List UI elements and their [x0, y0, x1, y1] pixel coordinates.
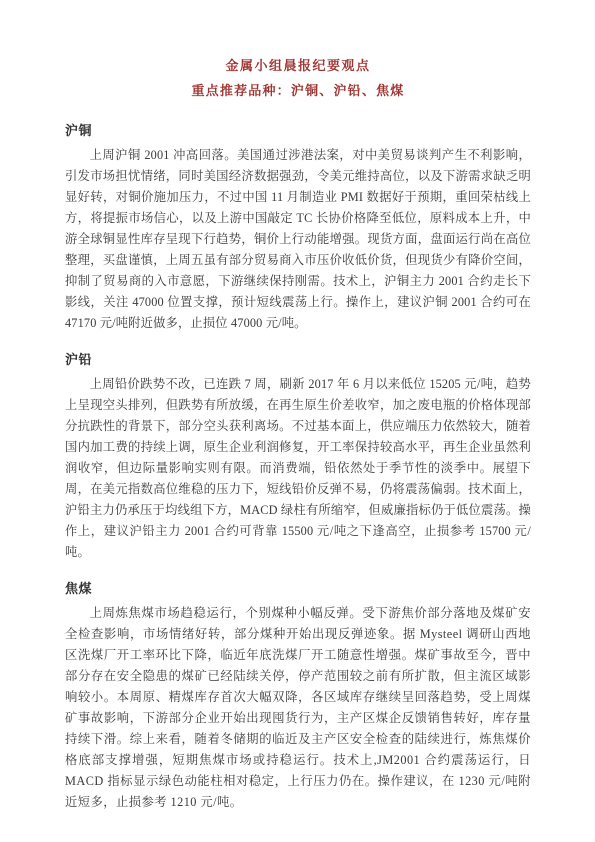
section-body-coking-coal: 上周炼焦煤市场趋稳运行，个别煤种小幅反弹。受下游焦价部分落地及煤矿安全检查影响，…: [65, 603, 531, 813]
document-subtitle: 重点推荐品种：沪铜、沪铅、焦煤: [65, 83, 531, 99]
section-shanghai-copper: 沪铜 上周沪铜 2001 冲高回落。美国通过涉港法案，对中美贸易谈判产生不利影响…: [65, 123, 531, 334]
section-heading-shanghai-copper: 沪铜: [65, 123, 531, 139]
section-heading-shanghai-lead: 沪铅: [65, 352, 531, 368]
section-body-shanghai-lead: 上周铅价跌势不改，已连跌 7 周，刷新 2017 年 6 月以来低位 15205…: [65, 374, 531, 563]
document-page: 金属小组晨报纪要观点 重点推荐品种：沪铜、沪铅、焦煤 沪铜 上周沪铜 2001 …: [0, 0, 595, 842]
section-body-shanghai-copper: 上周沪铜 2001 冲高回落。美国通过涉港法案，对中美贸易谈判产生不利影响，引发…: [65, 145, 531, 334]
document-title: 金属小组晨报纪要观点: [65, 58, 531, 74]
section-shanghai-lead: 沪铅 上周铅价跌势不改，已连跌 7 周，刷新 2017 年 6 月以来低位 15…: [65, 352, 531, 563]
section-coking-coal: 焦煤 上周炼焦煤市场趋稳运行，个别煤种小幅反弹。受下游焦价部分落地及煤矿安全检查…: [65, 581, 531, 813]
section-heading-coking-coal: 焦煤: [65, 581, 531, 597]
